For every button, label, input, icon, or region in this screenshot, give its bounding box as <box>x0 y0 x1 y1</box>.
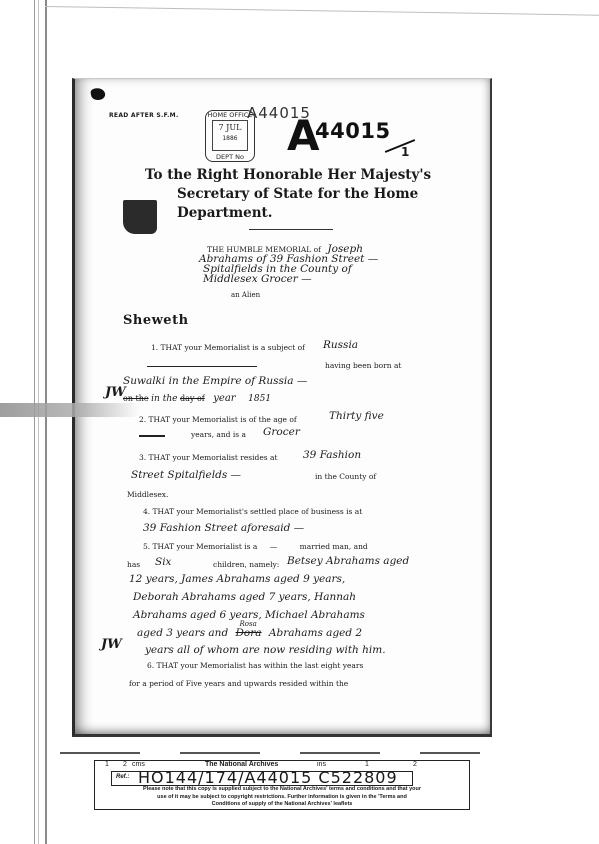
received-mark: READ AFTER S.F.M. <box>109 112 179 119</box>
birth-date-line: on the in the day of year 1851 <box>123 393 271 404</box>
occupation: Grocer <box>263 426 300 438</box>
margin-initials: JW <box>101 637 122 652</box>
reference-field: Ref.: HO144/174/A44015 C522809 <box>111 771 413 786</box>
blank-line <box>147 366 257 367</box>
memorial-description: Abrahams of 39 Fashion Street — Spitalfi… <box>199 254 399 284</box>
children-list-line: aged 3 years and Dora Rosa Abrahams aged… <box>137 627 362 639</box>
children-list-line: Deborah Abrahams aged 7 years, Hannah <box>133 591 356 603</box>
children-list-line: Betsey Abrahams aged <box>287 555 409 567</box>
residence: 39 Fashion <box>303 449 361 461</box>
paragraph-5: 5. THAT your Memorialist is a — married … <box>143 542 368 551</box>
reference-number: 44015 <box>315 119 391 143</box>
inserted-name: Rosa <box>240 620 257 628</box>
paragraph-3: 3. THAT your Memorialist resides at <box>139 453 278 462</box>
scan-smudge <box>0 403 140 417</box>
business-address: 39 Fashion Street aforesaid — <box>143 522 304 534</box>
alien-label: an Alien <box>231 291 260 299</box>
subject-country: Russia <box>323 339 358 351</box>
birth-year: 1851 <box>248 394 271 404</box>
reference-fraction: 1 <box>401 145 409 159</box>
paragraph-4: 4. THAT your Memorialist's settled place… <box>143 507 362 516</box>
margin-initials: JW <box>105 385 126 400</box>
copyright-notice: Please note that this copy is supplied s… <box>97 786 467 809</box>
paragraph-6: 6. THAT your Memorialist has within the … <box>147 661 363 670</box>
sheweth-heading: Sheweth <box>123 313 189 328</box>
national-archives-footer: 1 2 cms The National Archives ins 1 2 Re… <box>94 760 470 810</box>
age: Thirty five <box>329 410 384 422</box>
address-heading: To the Right Honorable Her Majesty's Sec… <box>145 166 431 223</box>
paragraph-2: 2. THAT your Memorialist is of the age o… <box>139 415 297 424</box>
scan-edge-line <box>38 0 39 844</box>
birthplace: Suwalki in the Empire of Russia — <box>123 375 307 387</box>
children-list-line: 12 years, James Abrahams aged 9 years, <box>129 573 345 585</box>
scan-divider <box>60 752 480 754</box>
children-count: Six <box>155 556 171 568</box>
scan-top-line <box>45 6 599 16</box>
struck-name: Dora <box>236 627 262 639</box>
ink-blot <box>90 87 106 102</box>
paragraph-1: 1. THAT your Memorialist is a subject of <box>151 343 305 352</box>
blank-line <box>139 435 165 437</box>
divider <box>249 229 333 230</box>
children-list-line: years all of whom are now residing with … <box>145 644 386 656</box>
scan-edge-line <box>34 0 35 844</box>
reference-value: HO144/174/A44015 C522809 <box>138 768 398 787</box>
scan-edge-line <box>45 0 47 844</box>
county: Middlesex. <box>127 490 168 499</box>
archive-name: The National Archives <box>205 761 278 768</box>
